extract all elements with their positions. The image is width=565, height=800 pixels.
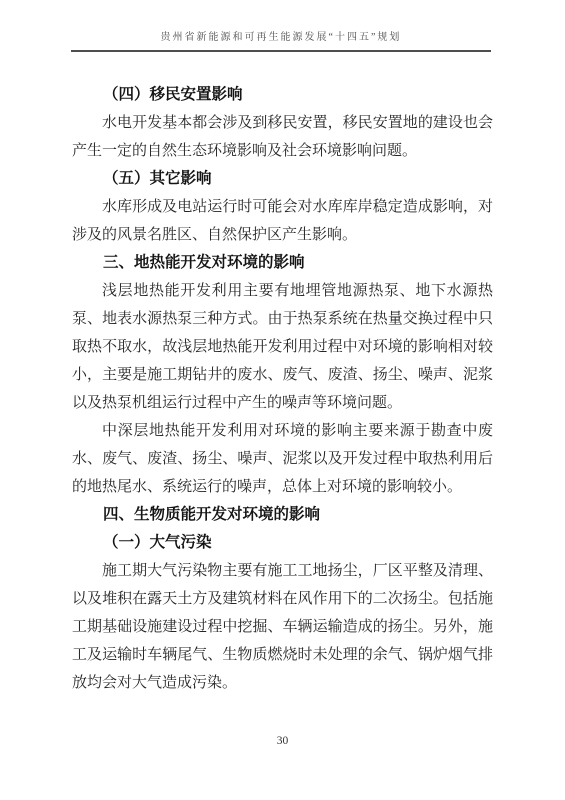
paragraph-other-impacts: 水库形成及电站运行时可能会对水库库岸稳定造成影响，对涉及的风景名胜区、自然保护区… — [72, 193, 493, 249]
header-rule — [71, 50, 491, 52]
section-heading-5-other-impacts: （五）其它影响 — [72, 165, 493, 193]
section-heading-1-air-pollution: （一）大气污染 — [72, 529, 493, 557]
chapter-heading-4-biomass: 四、生物质能开发对环境的影响 — [72, 501, 493, 529]
chapter-heading-3-geothermal: 三、地热能开发对环境的影响 — [72, 249, 493, 277]
paragraph-deep-geothermal: 中深层地热能开发利用对环境的影响主要来源于勘查中废水、废气、废渣、扬尘、噪声、泥… — [72, 417, 493, 501]
page-body: （四）移民安置影响 水电开发基本都会涉及到移民安置，移民安置地的建设也会产生一定… — [72, 81, 493, 697]
section-heading-4-resettlement: （四）移民安置影响 — [72, 81, 493, 109]
page-number: 30 — [277, 735, 289, 747]
document-page: 贵州省新能源和可再生能源发展“十四五”规划 （四）移民安置影响 水电开发基本都会… — [0, 0, 565, 800]
page-header: 贵州省新能源和可再生能源发展“十四五”规划 — [71, 28, 491, 52]
paragraph-resettlement: 水电开发基本都会涉及到移民安置，移民安置地的建设也会产生一定的自然生态环境影响及… — [72, 109, 493, 165]
running-header-title: 贵州省新能源和可再生能源发展“十四五”规划 — [71, 28, 491, 50]
paragraph-air-pollution: 施工期大气污染物主要有施工工地扬尘，厂区平整及清理、以及堆积在露天土方及建筑材料… — [72, 557, 493, 697]
paragraph-shallow-geothermal: 浅层地热能开发利用主要有地埋管地源热泵、地下水源热泵、地表水源热泵三种方式。由于… — [72, 277, 493, 417]
page-footer: 30 — [0, 735, 565, 747]
